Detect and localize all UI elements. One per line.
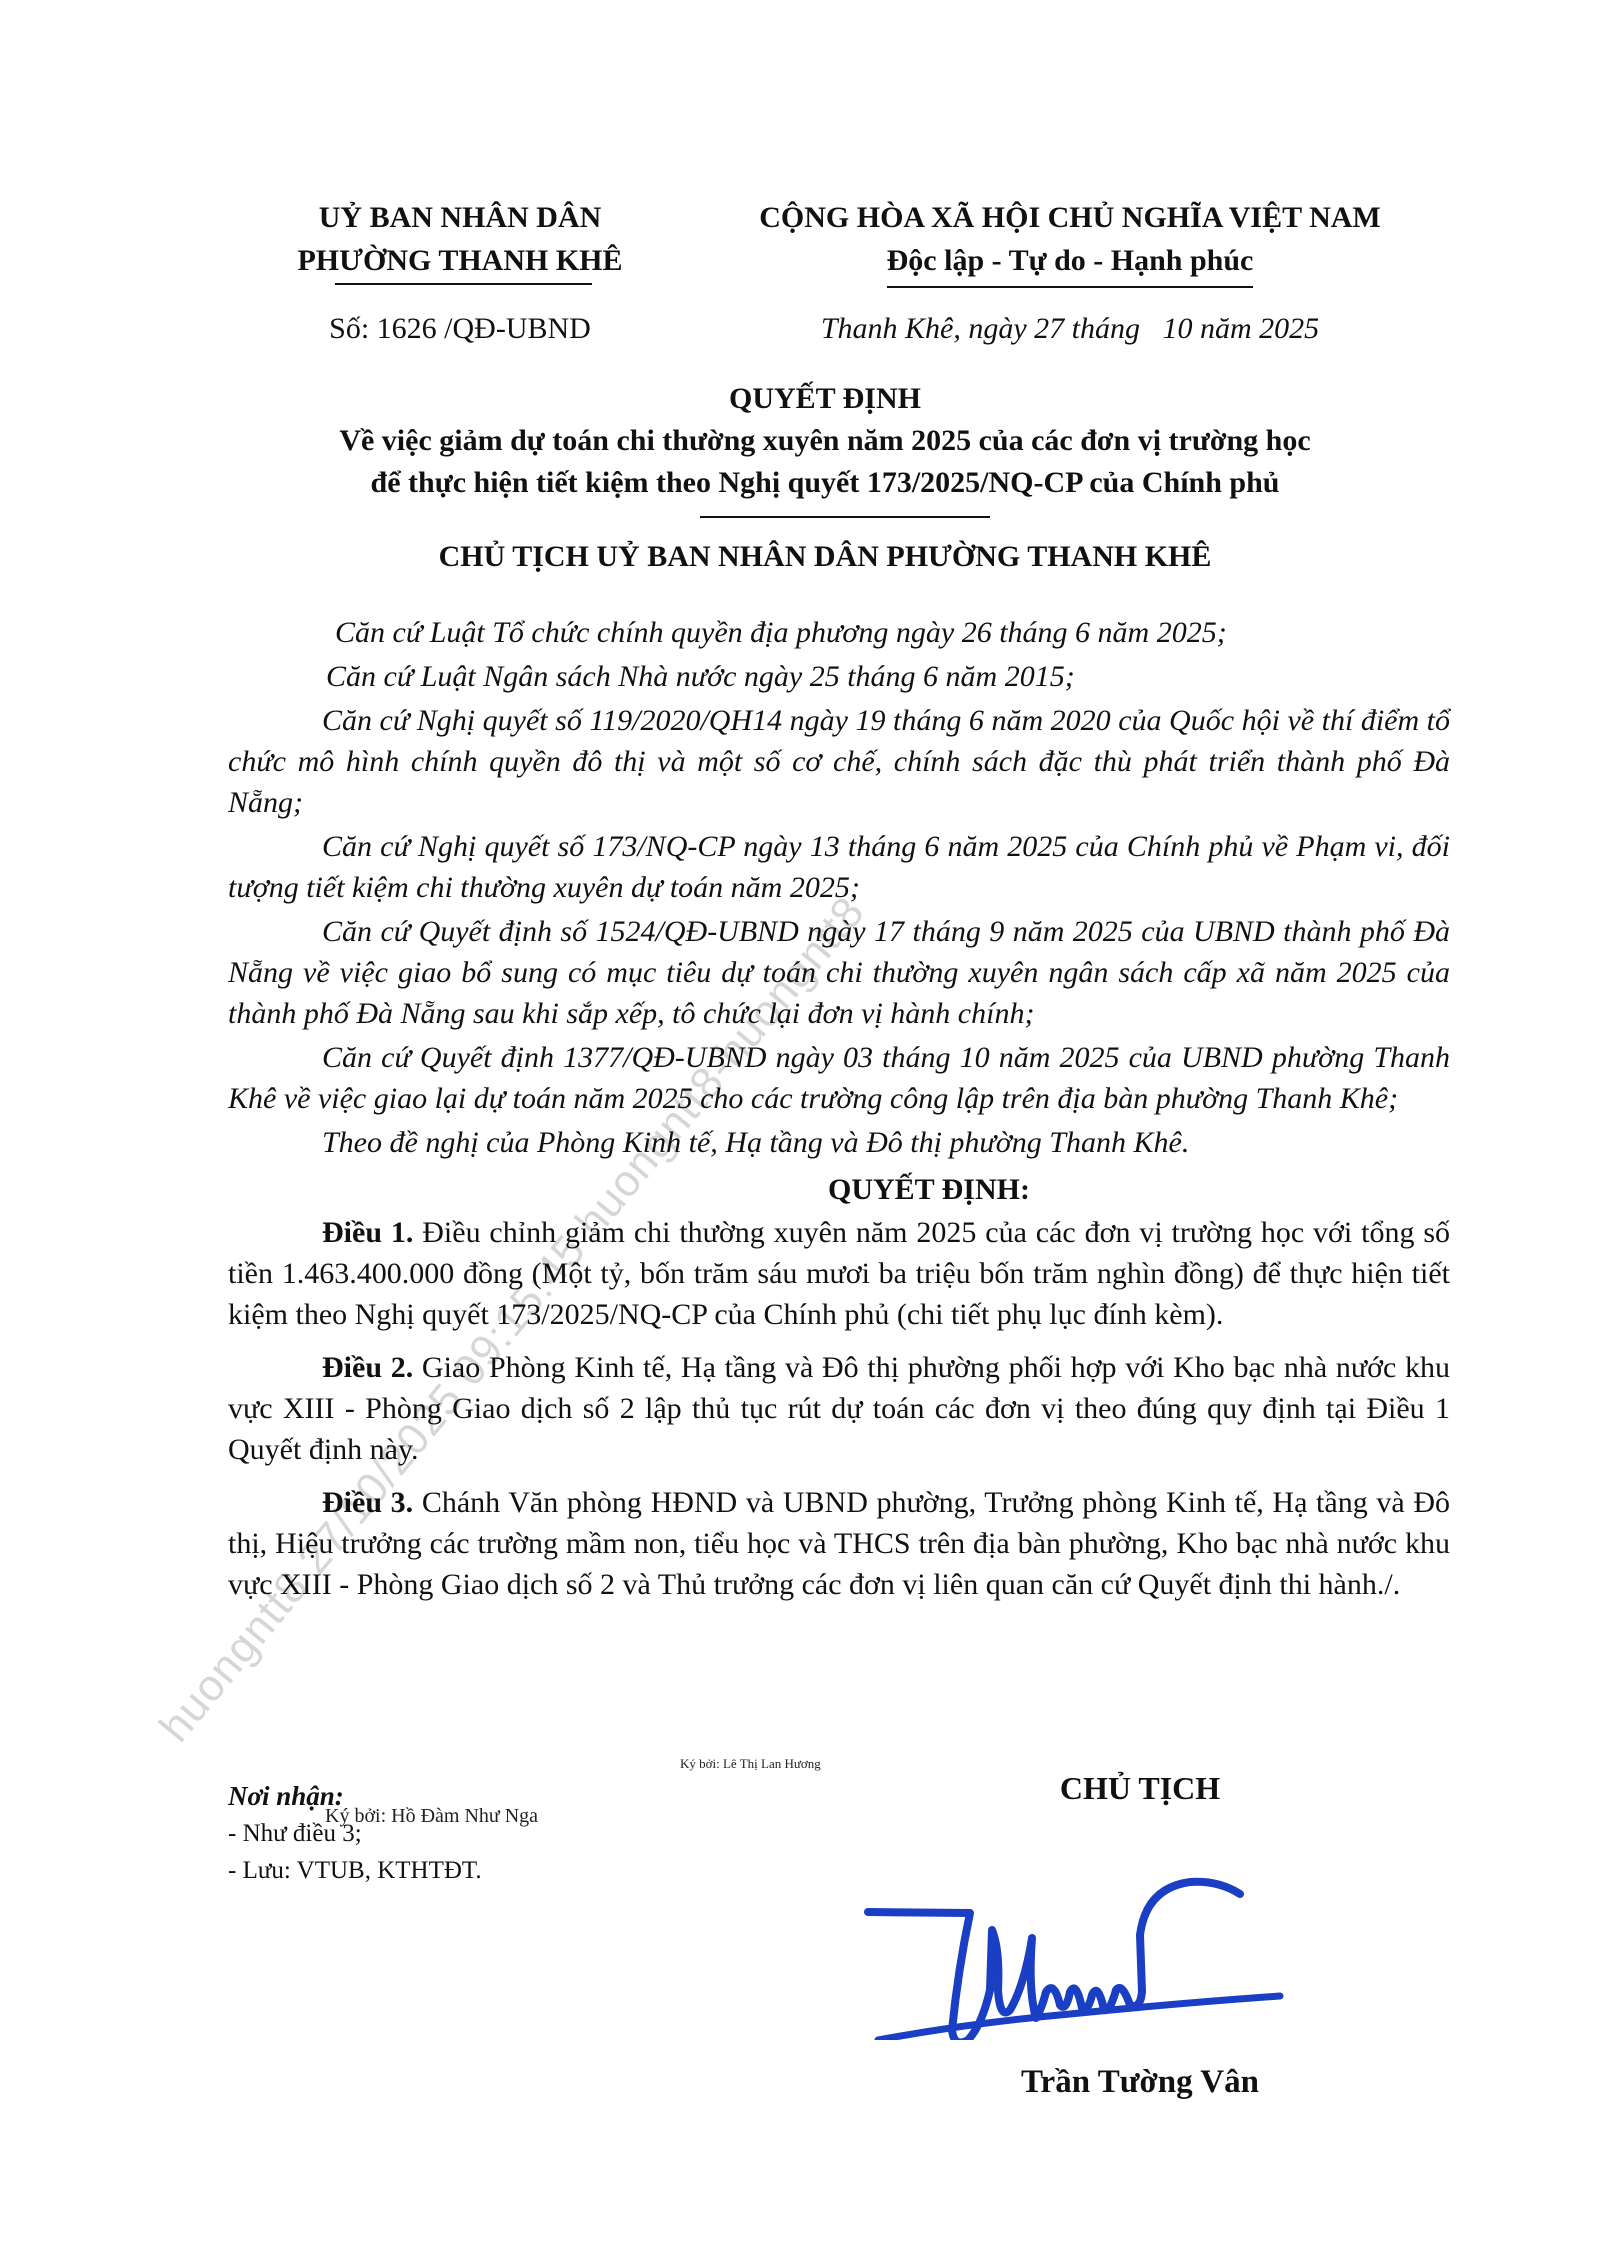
legal-basis: Căn cứ Nghị quyết số 119/2020/QH14 ngày …	[228, 700, 1450, 823]
proposal-basis: Theo đề nghị của Phòng Kinh tế, Hạ tầng …	[228, 1122, 1450, 1163]
article-label: Điều 3.	[322, 1486, 413, 1519]
document-date: Thanh Khê, ngày 27 tháng 10 năm 2025	[700, 312, 1440, 346]
document-number: Số: 1626 /QĐ-UBND	[240, 312, 680, 346]
agency-line-2: PHƯỜNG THANH KHÊ	[240, 239, 680, 282]
article-label: Điều 1.	[322, 1216, 413, 1249]
article-label: Điều 2.	[322, 1351, 413, 1384]
digital-signature-stamp: Ký bởi: Hồ Đàm Như Nga	[325, 1805, 538, 1828]
decision-heading: QUYẾT ĐỊNH:	[408, 1169, 1450, 1210]
agency-line-1: UỶ BAN NHÂN DÂN	[240, 196, 680, 239]
article-3: Điều 3. Chánh Văn phòng HĐND và UBND phư…	[228, 1482, 1450, 1605]
article-2: Điều 2. Giao Phòng Kinh tế, Hạ tầng và Đ…	[228, 1347, 1450, 1470]
national-motto: Độc lập - Tự do - Hạnh phúc	[887, 239, 1254, 288]
recipient-item: - Lưu: VTUB, KTHTĐT.	[228, 1852, 482, 1889]
digital-signature-stamp: Ký bởi: Lê Thị Lan Hương	[680, 1756, 821, 1772]
agency-underline	[335, 283, 592, 285]
legal-basis: Căn cứ Luật Ngân sách Nhà nước ngày 25 t…	[228, 656, 1450, 697]
national-title: CỘNG HÒA XÃ HỘI CHỦ NGHĨA VIỆT NAM Độc l…	[700, 196, 1440, 288]
issuing-authority: CHỦ TỊCH UỶ BAN NHÂN DÂN PHƯỜNG THANH KH…	[200, 540, 1450, 574]
issuing-agency: UỶ BAN NHÂN DÂN PHƯỜNG THANH KHÊ	[240, 196, 680, 282]
signer-name: Trần Tường Vân	[900, 2064, 1380, 2101]
legal-basis: Căn cứ Quyết định số 1524/QĐ-UBND ngày 1…	[228, 911, 1450, 1034]
article-1: Điều 1. Điều chỉnh giảm chi thường xuyên…	[228, 1212, 1450, 1335]
subject-line-2: để thực hiện tiết kiệm theo Nghị quyết 1…	[200, 462, 1450, 504]
legal-basis: Căn cứ Luật Tổ chức chính quyền địa phươ…	[228, 612, 1450, 653]
legal-basis: Căn cứ Nghị quyết số 173/NQ-CP ngày 13 t…	[228, 826, 1450, 908]
handwritten-signature-icon	[850, 1840, 1310, 2040]
subject-line-1: Về việc giảm dự toán chi thường xuyên nă…	[200, 420, 1450, 462]
recipients-block: Nơi nhận: - Như điều 3; - Lưu: VTUB, KTH…	[228, 1778, 482, 1889]
document-body: Căn cứ Luật Tổ chức chính quyền địa phươ…	[228, 612, 1450, 1617]
legal-basis: Căn cứ Quyết định 1377/QĐ-UBND ngày 03 t…	[228, 1037, 1450, 1119]
nation-name: CỘNG HÒA XÃ HỘI CHỦ NGHĨA VIỆT NAM	[700, 196, 1440, 239]
title-divider	[700, 516, 990, 518]
document-title: QUYẾT ĐỊNH Về việc giảm dự toán chi thườ…	[200, 378, 1450, 504]
signer-position: CHỦ TỊCH	[900, 1770, 1380, 1807]
document-type: QUYẾT ĐỊNH	[200, 378, 1450, 420]
document-page: UỶ BAN NHÂN DÂN PHƯỜNG THANH KHÊ CỘNG HÒ…	[0, 0, 1600, 2263]
